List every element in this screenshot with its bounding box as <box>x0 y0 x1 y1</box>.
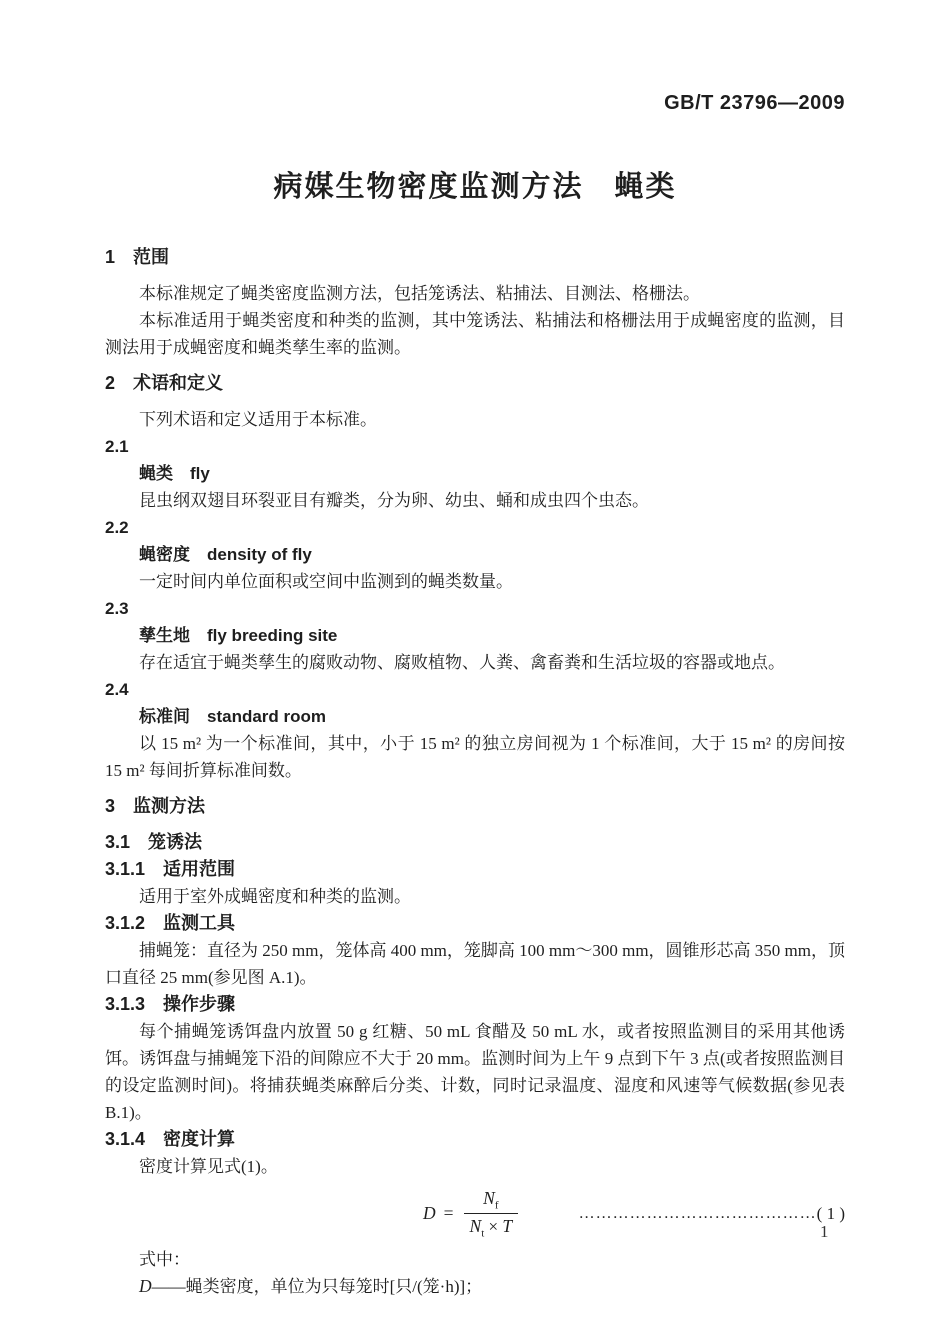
term-2-1-name: 蝇类 fly <box>105 460 845 487</box>
standard-number: GB/T 23796—2009 <box>105 92 845 114</box>
term-2-4-number: 2.4 <box>105 676 845 703</box>
document-title: 病媒生物密度监测方法 蝇类 <box>105 170 845 204</box>
document-body: 1 范围 本标准规定了蝇类密度监测方法，包括笼诱法、粘捕法、目测法、格栅法。 本… <box>105 244 845 1300</box>
applicable-scope-text: 适用于室外成蝇密度和种类的监测。 <box>105 883 845 910</box>
section-3-heading: 3 监测方法 <box>105 793 845 820</box>
term-2-2-definition: 一定时间内单位面积或空间中监测到的蝇类数量。 <box>105 568 845 595</box>
term-2-4-definition: 以 15 m² 为一个标准间，其中，小于 15 m² 的独立房间视为 1 个标准… <box>105 730 845 784</box>
document-page: GB/T 23796—2009 病媒生物密度监测方法 蝇类 1 范围 本标准规定… <box>0 0 950 1344</box>
terms-intro: 下列术语和定义适用于本标准。 <box>105 406 845 433</box>
section-3-1-4-heading: 3.1.4 密度计算 <box>105 1126 845 1153</box>
section-2-heading: 2 术语和定义 <box>105 370 845 397</box>
equation-lhs: D <box>423 1203 436 1224</box>
page-number: 1 <box>820 1222 829 1242</box>
term-2-3-name: 孳生地 fly breeding site <box>105 622 845 649</box>
section-3-1-1-heading: 3.1.1 适用范围 <box>105 856 845 883</box>
where-d-symbol: D <box>139 1276 152 1296</box>
equation-numerator: Nf <box>464 1188 519 1214</box>
where-d-text: 蝇类密度，单位为只每笼时[只/(笼·h)]； <box>186 1277 483 1296</box>
section-1-heading: 1 范围 <box>105 244 845 271</box>
equation-number: ( 1 ) <box>817 1204 845 1224</box>
term-2-2-name: 蝇密度 density of fly <box>105 541 845 568</box>
monitoring-tools-text: 捕蝇笼：直径为 250 mm，笼体高 400 mm，笼脚高 100 mm～300… <box>105 937 845 991</box>
equation-denominator: Nt × T <box>464 1214 519 1239</box>
term-2-2-number: 2.2 <box>105 514 845 541</box>
equation-fraction: Nf Nt × T <box>464 1188 519 1240</box>
term-2-3-definition: 存在适宜于蝇类孳生的腐败动物、腐败植物、人粪、禽畜粪和生活垃圾的容器或地点。 <box>105 649 845 676</box>
where-label: 式中： <box>105 1246 845 1273</box>
term-2-1-definition: 昆虫纲双翅目环裂亚目有瓣类，分为卵、幼虫、蛹和成虫四个虫态。 <box>105 487 845 514</box>
scope-paragraph-2: 本标准适用于蝇类密度和种类的监测，其中笼诱法、粘捕法和格栅法用于成蝇密度的监测，… <box>105 307 845 361</box>
equation-1: D = Nf Nt × T …………………………………… ( 1 ) <box>105 1188 845 1240</box>
section-3-1-2-heading: 3.1.2 监测工具 <box>105 910 845 937</box>
equation-equals: = <box>444 1203 454 1224</box>
section-3-1-3-heading: 3.1.3 操作步骤 <box>105 991 845 1018</box>
term-2-4-name: 标准间 standard room <box>105 703 845 730</box>
where-d-dash: —— <box>152 1277 186 1296</box>
scope-paragraph-1: 本标准规定了蝇类密度监测方法，包括笼诱法、粘捕法、目测法、格栅法。 <box>105 280 845 307</box>
equation-dot-leader: …………………………………… <box>518 1205 817 1223</box>
operation-steps-text: 每个捕蝇笼诱饵盘内放置 50 g 红糖、50 mL 食醋及 50 mL 水，或者… <box>105 1018 845 1126</box>
term-2-1-number: 2.1 <box>105 433 845 460</box>
where-d-definition: D——蝇类密度，单位为只每笼时[只/(笼·h)]； <box>105 1273 845 1300</box>
term-2-3-number: 2.3 <box>105 595 845 622</box>
section-3-1-heading: 3.1 笼诱法 <box>105 829 845 856</box>
density-calc-text: 密度计算见式(1)。 <box>105 1153 845 1180</box>
